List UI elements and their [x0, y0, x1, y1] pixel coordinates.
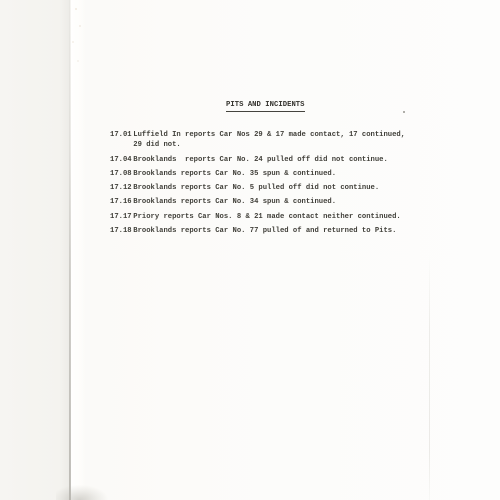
page-curl-shadow	[56, 485, 108, 500]
scan-speckles	[75, 8, 77, 10]
incident-entry: 17.01 Luffield In reports Car Nos 29 & 1…	[110, 130, 430, 151]
scanned-document-page: PITS AND INCIDENTS 17.01 Luffield In rep…	[0, 0, 500, 500]
incident-text-line: Brooklands reports Car No. 77 pulled of …	[133, 226, 396, 236]
incident-text-line: Brooklands reports Car No. 35 spun & con…	[133, 169, 336, 179]
incident-time: 17.08	[110, 169, 133, 179]
incident-time: 17.01	[110, 130, 133, 140]
document-title: PITS AND INCIDENTS	[226, 101, 305, 112]
incident-text: Luffield In reports Car Nos 29 & 17 made…	[133, 130, 405, 151]
incident-time: 17.17	[110, 212, 133, 222]
incident-text: Brooklands reports Car No. 5 pulled off …	[133, 183, 379, 193]
incident-entry: 17.18 Brooklands reports Car No. 77 pull…	[110, 226, 430, 236]
incident-text-line: Luffield In reports Car Nos 29 & 17 made…	[133, 130, 405, 140]
incident-text: Brooklands reports Car No. 24 pulled off…	[133, 155, 387, 165]
ink-speck	[403, 111, 405, 113]
incident-text-line: Brooklands reports Car No. 5 pulled off …	[133, 183, 379, 193]
incident-text: Priory reports Car Nos. 8 & 21 made cont…	[133, 212, 400, 222]
incident-entry: 17.17 Priory reports Car Nos. 8 & 21 mad…	[110, 212, 430, 222]
incident-text-line: Brooklands reports Car No. 34 spun & con…	[133, 197, 336, 207]
scan-crease-line	[429, 255, 430, 500]
incident-time: 17.04	[110, 155, 133, 165]
incident-entry: 17.08 Brooklands reports Car No. 35 spun…	[110, 169, 430, 179]
incident-time: 17.18	[110, 226, 133, 236]
incident-text: Brooklands reports Car No. 35 spun & con…	[133, 169, 336, 179]
incident-text: Brooklands reports Car No. 34 spun & con…	[133, 197, 336, 207]
incident-text-line: Brooklands reports Car No. 24 pulled off…	[133, 155, 387, 165]
incident-text: Brooklands reports Car No. 77 pulled of …	[133, 226, 396, 236]
scan-left-margin	[0, 0, 70, 500]
incident-entry: 17.04 Brooklands reports Car No. 24 pull…	[110, 155, 430, 165]
page-fold-highlight	[71, 0, 86, 500]
incident-text-line: Priory reports Car Nos. 8 & 21 made cont…	[133, 212, 400, 222]
incident-text-line: 29 did not.	[133, 140, 405, 150]
incident-time: 17.12	[110, 183, 133, 193]
incident-list: 17.01 Luffield In reports Car Nos 29 & 1…	[110, 130, 430, 240]
incident-entry: 17.12 Brooklands reports Car No. 5 pulle…	[110, 183, 430, 193]
incident-entry: 17.16 Brooklands reports Car No. 34 spun…	[110, 197, 430, 207]
incident-time: 17.16	[110, 197, 133, 207]
